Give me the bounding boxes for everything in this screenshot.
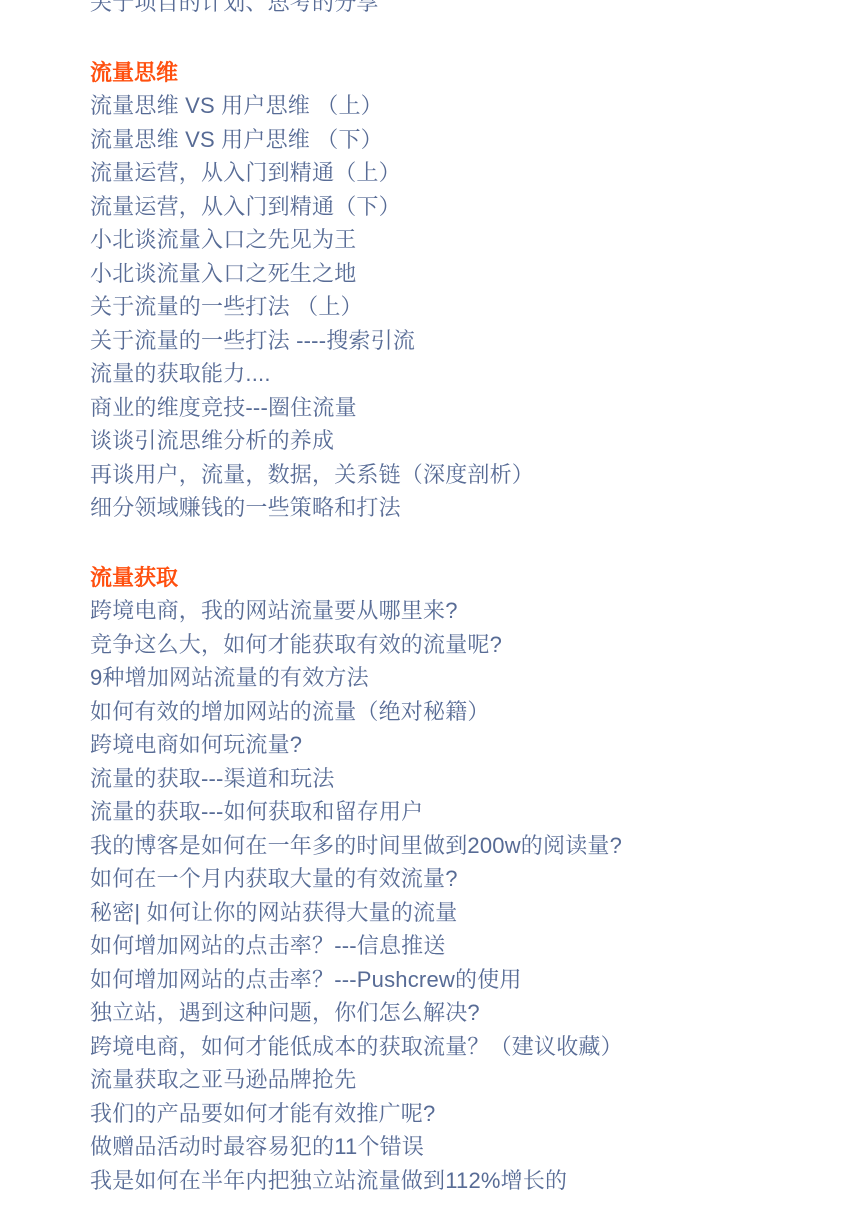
article-link[interactable]: 流量获取之亚马逊品牌抢先 xyxy=(90,1063,810,1097)
article-link[interactable]: 如何有效的增加网站的流量（绝对秘籍） xyxy=(90,695,810,729)
article-link[interactable]: 再谈用户，流量，数据，关系链（深度剖析） xyxy=(90,458,810,492)
article-link[interactable]: 做赠品活动时最容易犯的11个错误 xyxy=(90,1130,810,1164)
article-link[interactable]: 如何增加网站的点击率？---信息推送 xyxy=(90,929,810,963)
article-link[interactable]: 我们的产品要如何才能有效推广呢? xyxy=(90,1097,810,1131)
article-link[interactable]: 小北谈流量入口之先见为王 xyxy=(90,223,810,257)
article-link[interactable]: 谈谈引流思维分析的养成 xyxy=(90,424,810,458)
article-link[interactable]: 独立站，遇到这种问题，你们怎么解决? xyxy=(90,996,810,1030)
section-title-traffic-thinking: 流量思维 xyxy=(90,56,810,90)
article-link[interactable]: 小北谈流量入口之死生之地 xyxy=(90,257,810,291)
article-link[interactable]: 如何在一个月内获取大量的有效流量? xyxy=(90,862,810,896)
section-title-traffic-acquisition: 流量获取 xyxy=(90,561,810,595)
article-link[interactable]: 9种增加网站流量的有效方法 xyxy=(90,661,810,695)
article-link[interactable]: 秘密| 如何让你的网站获得大量的流量 xyxy=(90,896,810,930)
article-link[interactable]: 流量思维 VS 用户思维 （下） xyxy=(90,123,810,157)
article-link[interactable]: 我是如何在半年内把独立站流量做到112%增长的 xyxy=(90,1164,810,1198)
article-link[interactable]: 流量的获取---如何获取和留存用户 xyxy=(90,795,810,829)
section-traffic-acquisition: 流量获取 跨境电商，我的网站流量要从哪里来? 竞争这么大，如何才能获取有效的流量… xyxy=(90,561,810,1198)
article-link[interactable]: 我的博客是如何在一年多的时间里做到200w的阅读量? xyxy=(90,829,810,863)
article-link[interactable]: 流量思维 VS 用户思维 （上） xyxy=(90,89,810,123)
article-link[interactable]: 跨境电商，如何才能低成本的获取流量？（建议收藏） xyxy=(90,1030,810,1064)
article-link[interactable]: 流量的获取能力.... xyxy=(90,357,810,391)
article-link[interactable]: 细分领域赚钱的一些策略和打法 xyxy=(90,491,810,525)
article-link[interactable]: 商业的维度竞技---圈住流量 xyxy=(90,391,810,425)
article-link[interactable]: 关于流量的一些打法 （上） xyxy=(90,290,810,324)
article-link[interactable]: 竞争这么大，如何才能获取有效的流量呢? xyxy=(90,628,810,662)
article-link[interactable]: 如何增加网站的点击率？---Pushcrew的使用 xyxy=(90,963,810,997)
article-link[interactable]: 关于流量的一些打法 ----搜索引流 xyxy=(90,324,810,358)
section-traffic-thinking: 流量思维 流量思维 VS 用户思维 （上） 流量思维 VS 用户思维 （下） 流… xyxy=(90,56,810,525)
article-body: 关于项目的计划、思考的分享 流量思维 流量思维 VS 用户思维 （上） 流量思维… xyxy=(90,0,810,1197)
article-link[interactable]: 流量运营，从入门到精通（下） xyxy=(90,190,810,224)
article-link[interactable]: 流量的获取---渠道和玩法 xyxy=(90,762,810,796)
article-link[interactable]: 流量运营，从入门到精通（上） xyxy=(90,156,810,190)
article-link[interactable]: 跨境电商如何玩流量? xyxy=(90,728,810,762)
article-link[interactable]: 跨境电商，我的网站流量要从哪里来? xyxy=(90,594,810,628)
article-link-partial[interactable]: 关于项目的计划、思考的分享 xyxy=(90,0,810,20)
